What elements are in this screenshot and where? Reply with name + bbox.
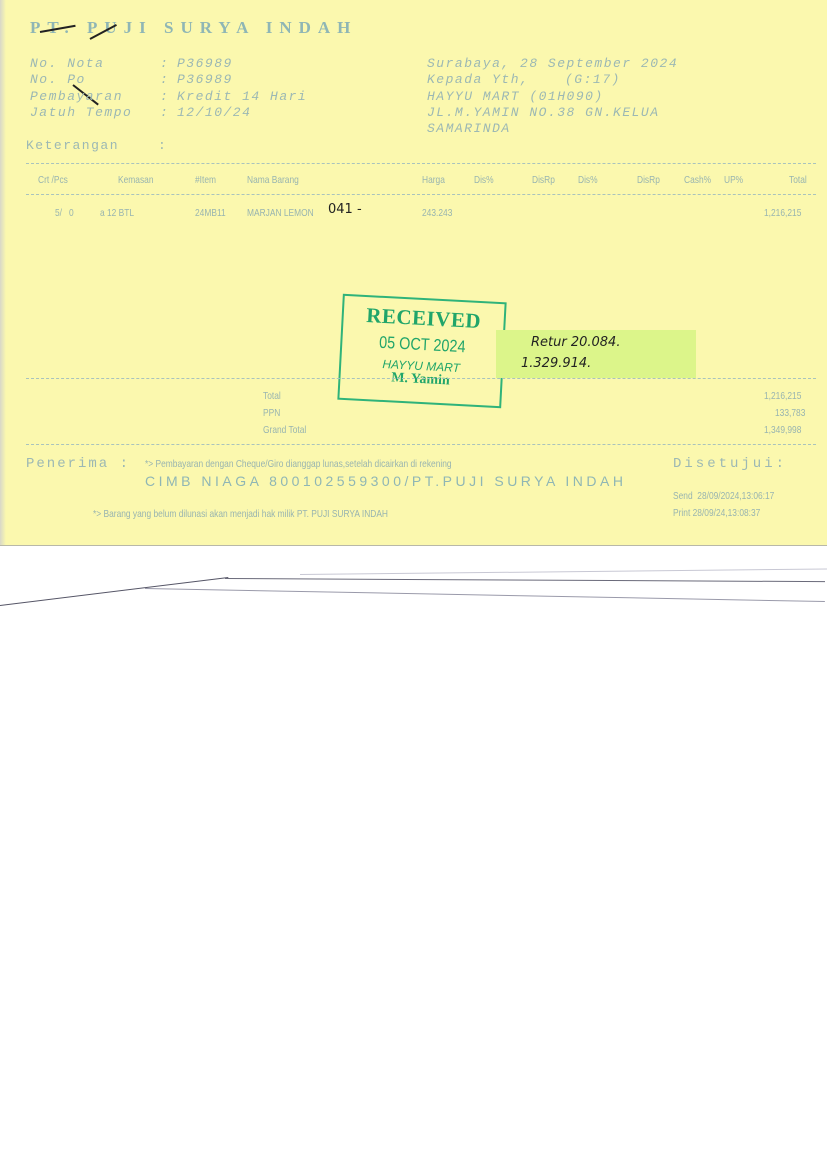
place-date: Surabaya, 28 September 2024 <box>427 56 678 71</box>
cell-crt-pcs: 5/ 0 <box>55 207 74 219</box>
ownership-note: *> Barang yang belum dilunasi akan menja… <box>93 508 388 520</box>
summary-value-ppn: 133,783 <box>775 407 805 419</box>
sticky-note: Retur 20.084. 1.329.914. <box>496 330 696 378</box>
paper-edge <box>0 577 228 606</box>
col-header-nama-barang: Nama Barang <box>247 174 299 186</box>
company-name: PT. PUJI SURYA INDAH <box>30 18 357 38</box>
approved-label: Disetujui: <box>673 456 787 472</box>
field-sep: : <box>160 89 169 104</box>
field-value-no-po: P36989 <box>177 72 233 87</box>
invoice-slip: PT. PUJI SURYA INDAH No. Nota : P36989 N… <box>0 0 827 546</box>
handwritten-note: 041 - <box>328 202 362 217</box>
stamp-date: 05 OCT 2024 <box>354 331 491 358</box>
payment-note: *> Pembayaran dengan Cheque/Giro diangga… <box>145 458 452 470</box>
recipient-address: JL.M.YAMIN NO.38 GN.KELUA <box>427 105 660 120</box>
paper-edge <box>300 568 827 575</box>
summary-value-total: 1,216,215 <box>764 390 801 402</box>
col-header-item: #Item <box>195 174 216 186</box>
col-header-harga: Harga <box>422 174 445 186</box>
field-value-jatuh-tempo: 12/10/24 <box>177 105 251 120</box>
field-sep: : <box>160 56 169 71</box>
note-line-1: Retur 20.084. <box>531 335 620 350</box>
col-header-up-pct: UP% <box>724 174 743 186</box>
field-label-jatuh-tempo: Jatuh Tempo <box>30 105 132 120</box>
summary-value-grand-total: 1,349,998 <box>764 424 801 436</box>
keterangan-label: Keterangan <box>26 138 119 153</box>
summary-label-grand-total: Grand Total <box>263 424 306 436</box>
col-header-dis-rp-1: DisRp <box>532 174 555 186</box>
cell-total: 1,216,215 <box>764 207 801 219</box>
field-sep: : <box>160 72 169 87</box>
col-header-kemasan: Kemasan <box>118 174 153 186</box>
field-label-no-po: No. Po <box>30 72 86 87</box>
bank-account: CIMB NIAGA 800102559300/PT.PUJI SURYA IN… <box>145 473 626 489</box>
stamp-title: RECEIVED <box>343 302 504 335</box>
col-header-total: Total <box>789 174 807 186</box>
col-header-cash-pct: Cash% <box>684 174 711 186</box>
keterangan-sep: : <box>158 138 167 153</box>
recipient-code: (G:17) <box>565 72 621 87</box>
divider <box>26 378 816 379</box>
recipient-city: SAMARINDA <box>427 121 511 136</box>
print-timestamp: Print 28/09/24,13:08:37 <box>673 507 760 519</box>
divider <box>26 444 816 445</box>
receiver-label: Penerima : <box>26 456 130 472</box>
received-stamp: RECEIVED 05 OCT 2024 HAYYU MART M. Yamin <box>337 294 506 408</box>
paper-edge <box>225 578 825 582</box>
col-header-dis-pct-1: Dis% <box>474 174 494 186</box>
col-header-dis-pct-2: Dis% <box>578 174 598 186</box>
col-header-dis-rp-2: DisRp <box>637 174 660 186</box>
cell-item: 24MB11 <box>195 207 226 219</box>
field-value-no-nota: P36989 <box>177 56 233 71</box>
col-header-crt-pcs: Crt /Pcs <box>38 174 68 186</box>
summary-label-ppn: PPN <box>263 407 280 419</box>
divider <box>26 194 816 195</box>
cell-nama-barang: MARJAN LEMON <box>247 207 314 219</box>
field-sep: : <box>160 105 169 120</box>
to-label: Kepada Yth, <box>427 72 529 87</box>
field-label-pembayaran: Pembayaran <box>30 89 123 104</box>
field-label-no-nota: No. Nota <box>30 56 104 71</box>
divider <box>26 163 816 164</box>
note-line-2: 1.329.914. <box>521 356 591 371</box>
field-value-pembayaran: Kredit 14 Hari <box>177 89 307 104</box>
recipient-name: HAYYU MART (01H090) <box>427 89 604 104</box>
summary-label-total: Total <box>263 390 281 402</box>
cell-harga: 243.243 <box>422 207 452 219</box>
send-timestamp: Send 28/09/2024,13:06:17 <box>673 490 774 502</box>
paper-edge <box>145 588 825 602</box>
cell-kemasan: a 12 BTL <box>100 207 134 219</box>
